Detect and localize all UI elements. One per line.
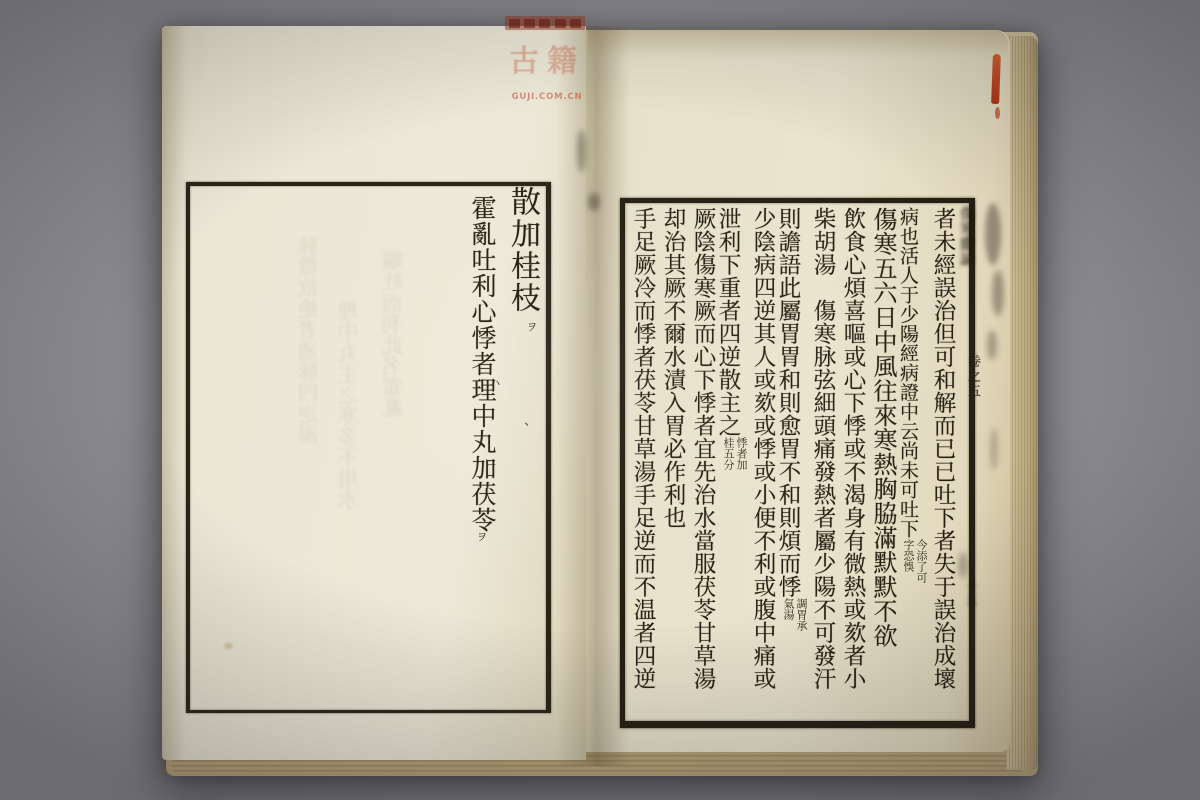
ink-smudge	[987, 330, 997, 360]
kana-mark: ニ	[482, 457, 498, 468]
ideographic-comma: 、	[511, 422, 530, 435]
text-column: 飲食心煩喜嘔或心下悸或不渴身有微熱或欬者小	[838, 207, 868, 709]
ink-smudge	[985, 203, 1001, 265]
left-page-edge-shade	[162, 26, 186, 760]
ink-smudge	[958, 552, 968, 578]
ghost-bleed-column: 嘔吐而利此名霍亂	[378, 250, 408, 610]
ink-smudge	[992, 270, 1004, 316]
kana-mark: ニ	[521, 221, 537, 232]
watermark-seal: 古	[506, 42, 542, 86]
text-column: 則譫語此屬胃胃和則愈胃不和則煩而悸調胃承氣湯	[778, 207, 808, 709]
text-column: 散加桂枝	[504, 186, 540, 314]
text-column: 柴胡湯 傷寒脉弦細頭痛發熱者屬少陽不可發汗	[808, 207, 838, 709]
ghost-bleed-column: 理中丸主之寒多不用水	[334, 300, 364, 630]
kana-mark: ハ	[486, 377, 502, 388]
paper-stain	[222, 641, 235, 651]
column-note: 調胃承氣湯	[782, 598, 808, 634]
red-ink-mark	[995, 107, 1000, 119]
text-column: 者未經誤治但可和解而已已吐下者失于誤治成壞	[928, 207, 958, 709]
margin-title-smudge: 傷寒纘論	[957, 206, 977, 266]
ghost-bleed-column: 脉微欲絶者通脉四逆湯	[294, 235, 324, 615]
fore-edge	[1006, 36, 1038, 770]
text-column: 泄利下重者四逆散主之悸者加桂五分	[718, 207, 748, 709]
watermark-glyph-block	[555, 19, 566, 28]
column-note: 今添了可字恐悞	[902, 539, 928, 585]
page-number-smudge: 十五	[960, 580, 979, 606]
fore-edge-texture	[1006, 36, 1038, 770]
right-page-text: 者未經誤治但可和解而已已吐下者失于誤治成壞 病也活人于少陽經病證中云尚未可吐下今…	[630, 207, 958, 709]
ink-smudge	[588, 193, 600, 211]
watermark-banner	[505, 16, 585, 30]
volume-label: 卷之五	[963, 354, 982, 399]
kana-mark: ヲ	[473, 531, 489, 542]
gutter-shadow	[556, 26, 630, 766]
ink-smudge	[990, 428, 998, 470]
watermark-glyph-block	[509, 19, 520, 28]
text-column: 手足厥冷而悸者茯苓甘草湯手足逆而不温者四逆	[628, 207, 658, 709]
text-column: 霍亂吐利心悸者理中丸加茯苓	[467, 195, 498, 533]
kana-mark: ヲ	[523, 321, 539, 332]
text-column: 却治其厥不爾水漬入胃必作利也	[658, 207, 688, 709]
red-seal-watermark: 古 籍 GUJI.COM.CN	[500, 12, 592, 108]
watermark-caption: GUJI.COM.CN	[503, 92, 591, 102]
right-page-top-edge-shade	[588, 30, 1008, 58]
ink-smudge	[577, 130, 586, 172]
watermark-glyph-block	[570, 19, 581, 28]
watermark-glyph-block	[539, 19, 550, 28]
watermark-seal: 籍	[544, 42, 580, 86]
text-column: 病也活人于少陽經病證中云尚未可吐下今添了可字恐悞	[898, 207, 928, 709]
watermark-glyph-block	[524, 19, 535, 28]
column-note: 悸者加桂五分	[722, 437, 748, 473]
book-photo: { "colors": { "backdrop": "#8c8b8e", "pa…	[0, 0, 1200, 800]
